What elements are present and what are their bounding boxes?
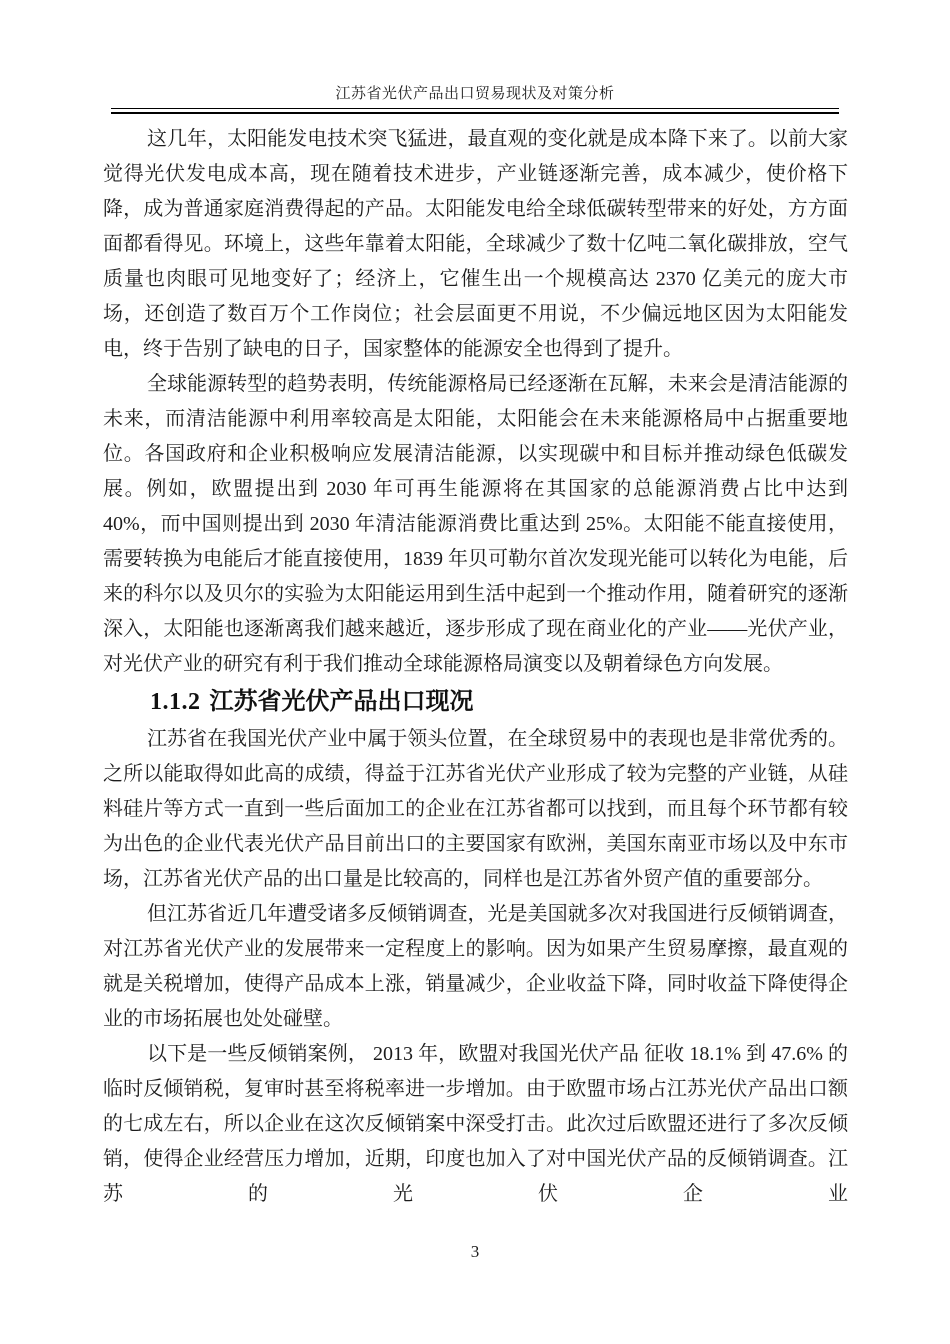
document-body: 这几年，太阳能发电技术突飞猛进，最直观的变化就是成本降下来了。以前大家觉得光伏发… [103,114,848,1212]
section-heading-number: 1.1.2 [150,689,201,715]
body-paragraph: 江苏省在我国光伏产业中属于领头位置，在全球贸易中的表现也是非常优秀的。之所以能取… [103,722,848,897]
body-paragraph: 以下是一些反倾销案例， 2013 年，欧盟对我国光伏产品 征收 18.1% 到 … [103,1037,848,1212]
section-heading-text: 江苏省光伏产品出口现况 [210,689,474,715]
body-paragraph: 但江苏省近几年遭受诸多反倾销调查，光是美国就多次对我国进行反倾销调查，对江苏省光… [103,897,848,1037]
body-paragraph: 这几年，太阳能发电技术突飞猛进，最直观的变化就是成本降下来了。以前大家觉得光伏发… [103,122,848,367]
page-header: 江苏省光伏产品出口贸易现状及对策分析 [0,0,950,114]
body-paragraph: 全球能源转型的趋势表明，传统能源格局已经逐渐在瓦解，未来会是清洁能源的未来，而清… [103,367,848,682]
page-footer: 3 [0,1242,950,1262]
section-heading: 1.1.2江苏省光伏产品出口现况 [103,682,848,722]
running-header-title: 江苏省光伏产品出口贸易现状及对策分析 [0,84,950,104]
page-number: 3 [471,1242,480,1261]
document-page: 江苏省光伏产品出口贸易现状及对策分析 这几年，太阳能发电技术突飞猛进，最直观的变… [0,0,950,1344]
